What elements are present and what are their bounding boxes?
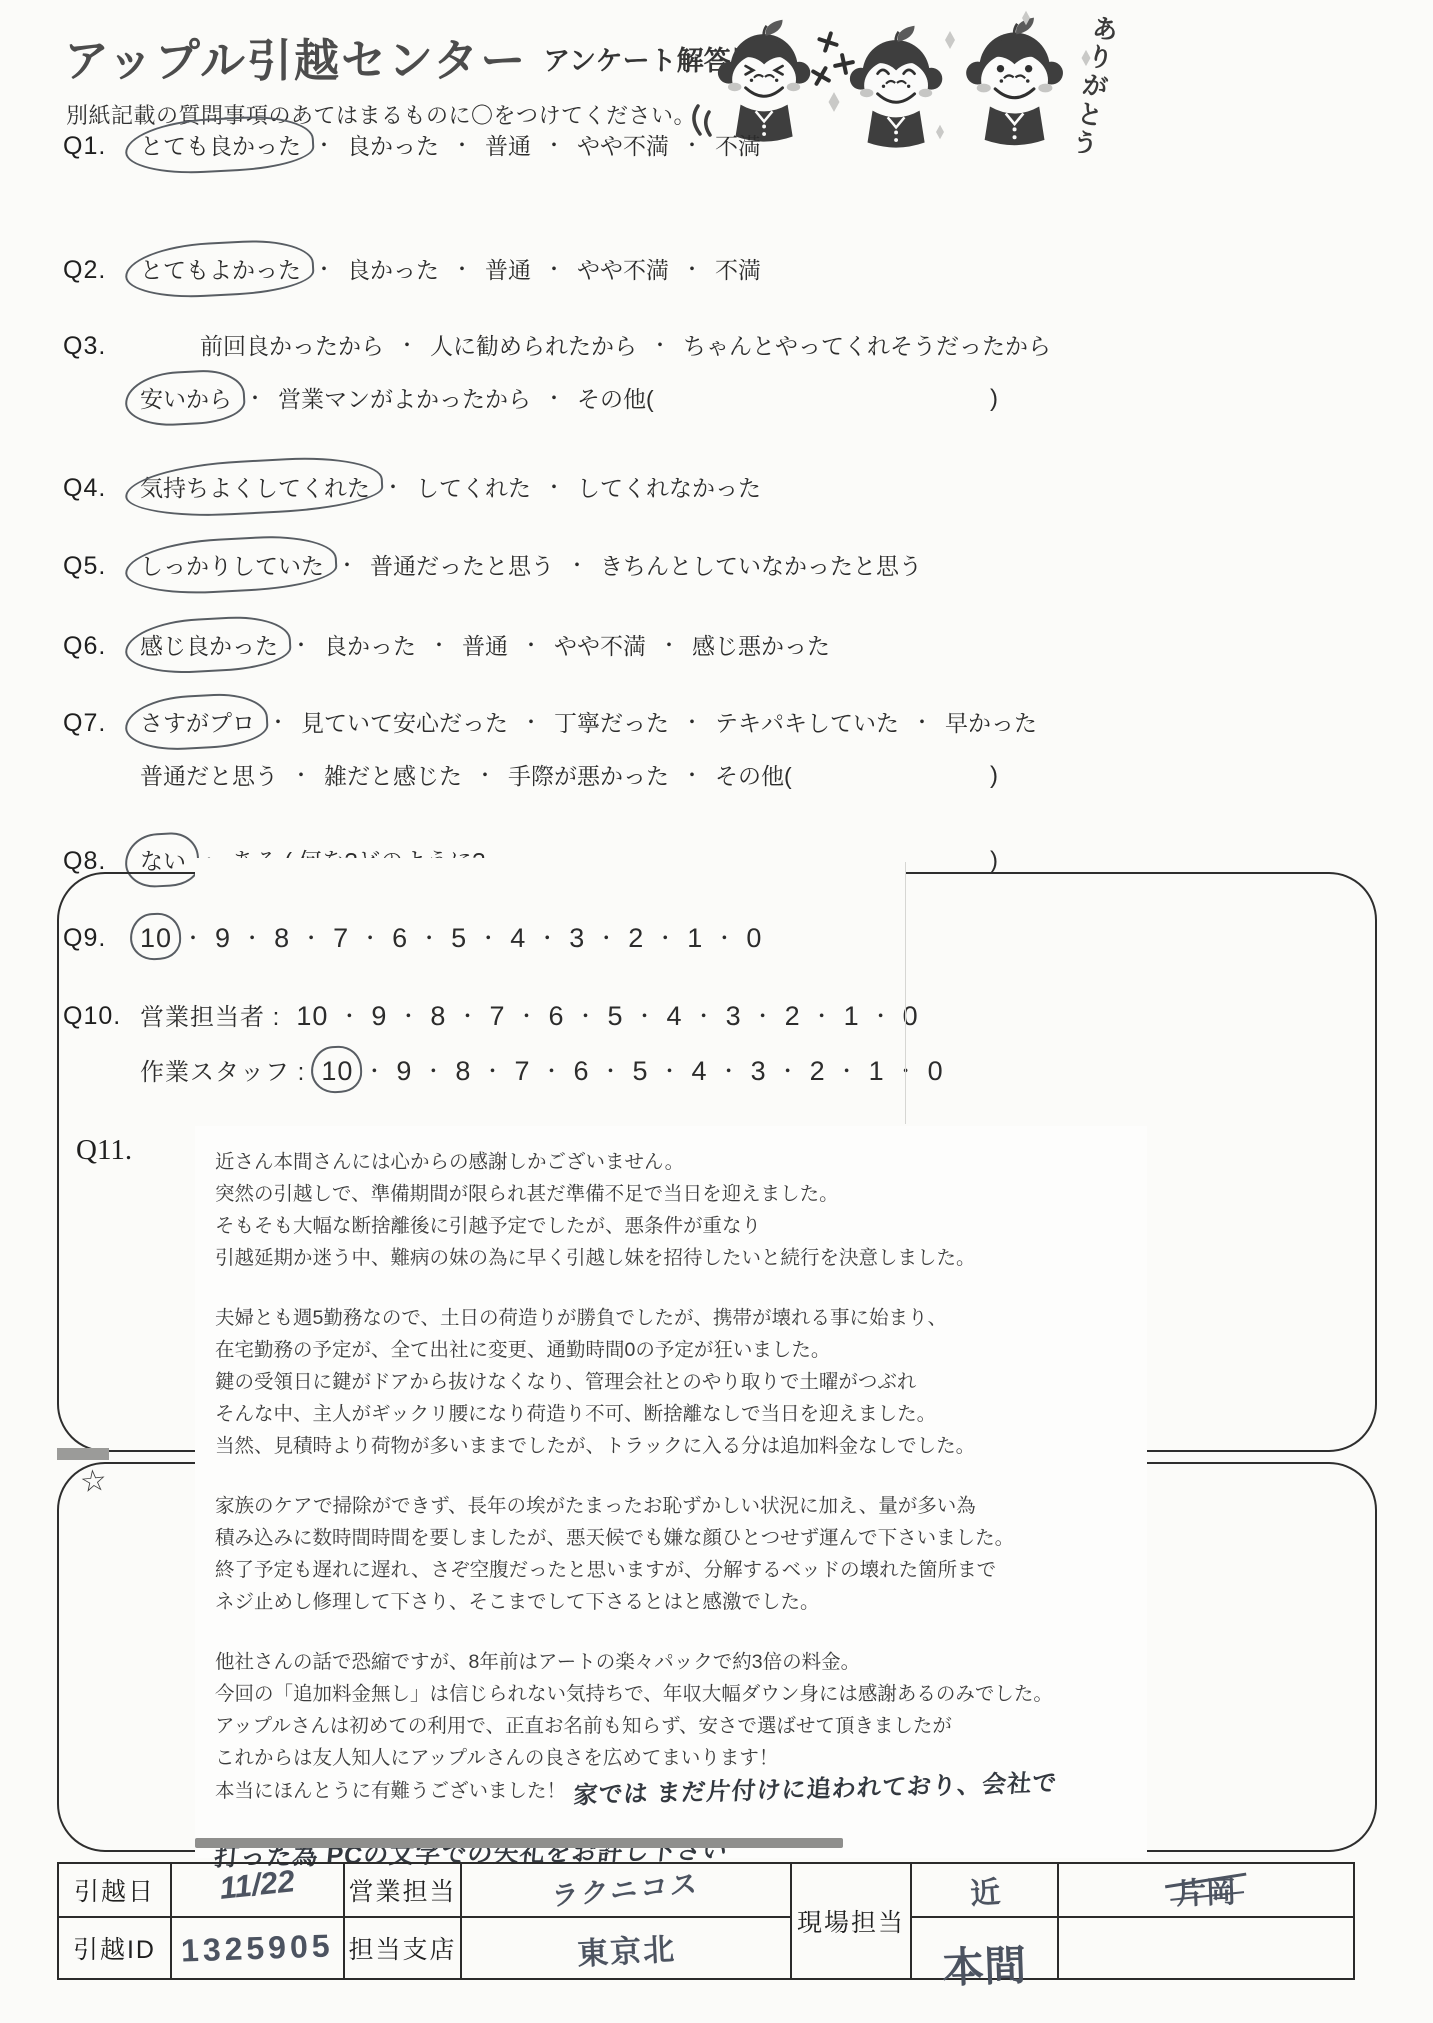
option-separator: ・ bbox=[314, 135, 334, 157]
empty-cell bbox=[1058, 1917, 1354, 1979]
closing-paren: ) bbox=[990, 381, 998, 417]
option: きちんとしていなかったと思う bbox=[600, 548, 922, 584]
option-separator: ・ bbox=[682, 712, 702, 734]
field-staff-3-value: 本間 bbox=[911, 1917, 1058, 1979]
option-separator: ・ bbox=[314, 259, 334, 281]
instruction-text: 別紙記載の質問事項のあてはまるものに〇をつけてください。 bbox=[66, 99, 696, 130]
closing-paren: ) bbox=[990, 758, 998, 794]
table-row: 引越ID1325905担当支店東京北本間 bbox=[58, 1917, 1354, 1979]
handwritten-entry: 片岡 bbox=[1175, 1867, 1236, 1913]
option: 前回良かったから bbox=[200, 328, 384, 364]
question-line: Q2.とてもよかった・良かった・普通・やや不満・不満 bbox=[63, 252, 1393, 288]
letter-line: アップルさんは初めての利用で、正直お名前も知らず、安さで選ばせて頂きましたが bbox=[215, 1710, 1145, 1742]
handwritten-entry: 近 bbox=[968, 1867, 1001, 1913]
question-label: Q4. bbox=[63, 470, 106, 506]
option-separator: ・ bbox=[544, 388, 564, 410]
option-separator: ・ bbox=[429, 635, 449, 657]
option: 普通だったと思う bbox=[370, 548, 554, 584]
option: 不満 bbox=[715, 128, 761, 164]
question-row: Q3.前回良かったから・人に勧められたから・ちゃんとやってくれそうだったから安い… bbox=[63, 328, 1393, 417]
option: 感じ悪かった bbox=[692, 628, 830, 664]
option: 普通 bbox=[485, 252, 531, 288]
page-title: アップル引越センター bbox=[64, 24, 527, 89]
question-label: Q5. bbox=[63, 548, 106, 584]
question-line: 普通だと思う・雑だと感じた・手際が悪かった・その他() bbox=[63, 758, 1393, 794]
handwritten-entry: 1325905 bbox=[181, 1927, 335, 1969]
option-circled: しっかりしていた bbox=[140, 548, 324, 584]
letter-line: そもそも大幅な断捨離後に引越予定でしたが、悪条件が重なり bbox=[215, 1210, 1145, 1242]
handwritten-entry: 本間 bbox=[941, 1933, 1027, 1996]
option: 不満 bbox=[715, 252, 761, 288]
sales-rep-label: 営業担当 bbox=[344, 1863, 461, 1917]
letter-line: 当然、見積時より荷物が多いままでしたが、トラックに入る分は追加料金なしでした。 bbox=[215, 1430, 1145, 1462]
letter-paragraph: 他社さんの話で恐縮ですが、8年前はアートの楽々パックで約3倍の料金。今回の「追加… bbox=[215, 1646, 1145, 1807]
letter-line: ネジ止めし修理して下さり、そこまでして下さるとはと感激でした。 bbox=[215, 1586, 1145, 1618]
option: 普通 bbox=[462, 628, 508, 664]
footer-info-table: 引越日11/22営業担当ラクニコス現場担当近片岡引越ID1325905担当支店東… bbox=[57, 1862, 1355, 1980]
field-staff-1-value: 近 bbox=[911, 1863, 1058, 1917]
letter-line: 今回の「追加料金無し」は信じられない気持ちで、年収大幅ダウン身には感謝あるのみで… bbox=[215, 1678, 1145, 1710]
option: その他( bbox=[577, 381, 654, 417]
option-separator: ・ bbox=[452, 135, 472, 157]
option-separator: ・ bbox=[567, 555, 587, 577]
letter-paragraph: 家族のケアで掃除ができず、長年の埃がたまったお恥ずかしい状況に加え、量が多い為積… bbox=[215, 1490, 1145, 1618]
option-circled: とてもよかった bbox=[140, 252, 301, 288]
option-separator: ・ bbox=[452, 259, 472, 281]
question-line: Q7.さすがプロ・見ていて安心だった・丁寧だった・テキパキしていた・早かった bbox=[63, 705, 1393, 741]
letter-line: 本当にほんとうに有難うございました！家では まだ片付けに追われており、会社で bbox=[215, 1774, 1145, 1807]
option: やや不満 bbox=[554, 628, 646, 664]
option-separator: ・ bbox=[682, 259, 702, 281]
option-separator: ・ bbox=[682, 135, 702, 157]
letter-line: 近さん本間さんには心からの感謝しかございません。 bbox=[215, 1146, 1145, 1178]
option: 普通 bbox=[485, 128, 531, 164]
option-separator: ・ bbox=[291, 635, 311, 657]
question-line: Q4.気持ちよくしてくれた・してくれた・してくれなかった bbox=[63, 470, 1393, 506]
question-label: Q3. bbox=[63, 328, 106, 364]
question-line: 安いから・営業マンがよかったから・その他() bbox=[63, 381, 1393, 417]
option-separator: ・ bbox=[521, 635, 541, 657]
handwritten-note: 家では まだ片付けに追われており、会社で bbox=[572, 1768, 1058, 1813]
option: してくれなかった bbox=[577, 470, 761, 506]
option-circled: とても良かった bbox=[140, 128, 301, 164]
option-separator: ・ bbox=[544, 259, 564, 281]
question-label: Q6. bbox=[63, 628, 106, 664]
option-circled: さすがプロ bbox=[140, 705, 255, 741]
option-separator: ・ bbox=[245, 388, 265, 410]
option-separator: ・ bbox=[521, 712, 541, 734]
option-separator: ・ bbox=[397, 335, 417, 357]
option-separator: ・ bbox=[475, 765, 495, 787]
move-date-label: 引越日 bbox=[58, 1863, 171, 1917]
letter-line: 突然の引越しで、準備期間が限られ甚だ準備不足で当日を迎えました。 bbox=[215, 1178, 1145, 1210]
footer-table-body: 引越日11/22営業担当ラクニコス現場担当近片岡引越ID1325905担当支店東… bbox=[58, 1863, 1354, 1979]
letter-line: 引越延期か迷う中、難病の妹の為に早く引越し妹を招待したいと続行を決意しました。 bbox=[215, 1242, 1145, 1274]
option-circled: 気持ちよくしてくれた bbox=[140, 470, 370, 506]
handwritten-entry: 11/22 bbox=[218, 1863, 297, 1907]
option: 早かった bbox=[945, 705, 1037, 741]
option: 普通だと思う bbox=[140, 758, 278, 794]
option: やや不満 bbox=[577, 252, 669, 288]
pasted-letter-text: 近さん本間さんには心からの感謝しかございません。突然の引越しで、準備期間が限られ… bbox=[215, 1146, 1145, 1867]
handwritten-entry: 東京北 bbox=[575, 1923, 676, 1973]
question-label: Q7. bbox=[63, 705, 106, 741]
letter-line: 夫婦とも週5勤務なので、土日の荷造りが勝負でしたが、携帯が壊れる事に始まり、 bbox=[215, 1302, 1145, 1334]
letter-line: 終了予定も遅れに遅れ、さぞ空腹だったと思いますが、分解するベッドの壊れた箇所まで bbox=[215, 1554, 1145, 1586]
option-separator: ・ bbox=[650, 335, 670, 357]
star-mark: ☆ bbox=[78, 1463, 108, 1501]
option-circled: 感じ良かった bbox=[140, 628, 278, 664]
option-separator: ・ bbox=[268, 712, 288, 734]
question-row: Q5.しっかりしていた・普通だったと思う・きちんとしていなかったと思う bbox=[63, 548, 1393, 584]
option: してくれた bbox=[416, 470, 531, 506]
question-label: Q1. bbox=[63, 128, 106, 164]
option-circled: 安いから bbox=[140, 381, 232, 417]
question-line: Q3.前回良かったから・人に勧められたから・ちゃんとやってくれそうだったから bbox=[63, 328, 1393, 364]
move-id-label: 引越ID bbox=[58, 1917, 171, 1979]
option: 良かった bbox=[347, 252, 439, 288]
option: 良かった bbox=[324, 628, 416, 664]
question-row: Q6.感じ良かった・良かった・普通・やや不満・感じ悪かった bbox=[63, 628, 1393, 664]
question-label: Q2. bbox=[63, 252, 106, 288]
option-separator: ・ bbox=[544, 135, 564, 157]
question-line: Q1.とても良かった・良かった・普通・やや不満・不満 bbox=[63, 128, 1393, 164]
question-row: Q4.気持ちよくしてくれた・してくれた・してくれなかった bbox=[63, 470, 1393, 506]
question-row: Q7.さすがプロ・見ていて安心だった・丁寧だった・テキパキしていた・早かった普通… bbox=[63, 705, 1393, 794]
letter-paragraph: 近さん本間さんには心からの感謝しかございません。突然の引越しで、準備期間が限られ… bbox=[215, 1146, 1145, 1274]
option: やや不満 bbox=[577, 128, 669, 164]
option: 雑だと感じた bbox=[324, 758, 462, 794]
handwritten-entry: ラクニコス bbox=[551, 1861, 702, 1913]
letter-paragraph: 夫婦とも週5勤務なので、土日の荷造りが勝負でしたが、携帯が壊れる事に始まり、在宅… bbox=[215, 1302, 1145, 1462]
option: テキパキしていた bbox=[715, 705, 899, 741]
pasted-sheet-edge-line bbox=[905, 862, 906, 1124]
letter-line: そんな中、主人がギックリ腰になり荷造り不可、断捨離なしで当日を迎えました。 bbox=[215, 1398, 1145, 1430]
branch-label: 担当支店 bbox=[344, 1917, 461, 1979]
option-separator: ・ bbox=[912, 712, 932, 734]
option-separator: ・ bbox=[291, 765, 311, 787]
field-staff-label: 現場担当 bbox=[791, 1863, 911, 1979]
move-id-value: 1325905 bbox=[171, 1917, 344, 1979]
scan-smudge-artifact bbox=[57, 1448, 109, 1460]
option-separator: ・ bbox=[337, 555, 357, 577]
option: 人に勧められたから bbox=[430, 328, 637, 364]
letter-line: 在宅勤務の予定が、全て出社に変更、通勤時間0の予定が狂いました。 bbox=[215, 1334, 1145, 1366]
option: 見ていて安心だった bbox=[301, 705, 508, 741]
letter-line: 積み込みに数時間時間を要しましたが、悪天候でも嫌な顔ひとつせず運んで下さいました… bbox=[215, 1522, 1145, 1554]
question-row: Q2.とてもよかった・良かった・普通・やや不満・不満 bbox=[63, 252, 1393, 288]
option: 手際が悪かった bbox=[508, 758, 669, 794]
move-date-value: 11/22 bbox=[171, 1863, 344, 1917]
table-row: 引越日11/22営業担当ラクニコス現場担当近片岡 bbox=[58, 1863, 1354, 1917]
letter-line: 鍵の受領日に鍵がドアから抜けなくなり、管理会社とのやり取りで土曜がつぶれ bbox=[215, 1366, 1145, 1398]
option-separator: ・ bbox=[659, 635, 679, 657]
question-line: Q6.感じ良かった・良かった・普通・やや不満・感じ悪かった bbox=[63, 628, 1393, 664]
question-line: Q5.しっかりしていた・普通だったと思う・きちんとしていなかったと思う bbox=[63, 548, 1393, 584]
option-separator: ・ bbox=[383, 477, 403, 499]
option: 良かった bbox=[347, 128, 439, 164]
option: ちゃんとやってくれそうだったから bbox=[683, 328, 1051, 364]
sales-rep-value: ラクニコス bbox=[461, 1863, 791, 1917]
q11-label: Q11. bbox=[76, 1134, 132, 1167]
letter-line: 他社さんの話で恐縮ですが、8年前はアートの楽々パックで約3倍の料金。 bbox=[215, 1646, 1145, 1678]
letter-line: 家族のケアで掃除ができず、長年の埃がたまったお恥ずかしい状況に加え、量が多い為 bbox=[215, 1490, 1145, 1522]
option: その他( bbox=[715, 758, 792, 794]
pasted-sheet-top-edge bbox=[195, 858, 905, 888]
question-row: Q1.とても良かった・良かった・普通・やや不満・不満 bbox=[63, 128, 1393, 164]
option: 丁寧だった bbox=[554, 705, 669, 741]
page-header: アップル引越センターアンケート解答用紙 bbox=[64, 24, 785, 89]
sheet-shadow-artifact bbox=[195, 1838, 843, 1848]
option-separator: ・ bbox=[544, 477, 564, 499]
option: 営業マンがよかったから bbox=[278, 381, 531, 417]
branch-value: 東京北 bbox=[461, 1917, 791, 1979]
option-separator: ・ bbox=[682, 765, 702, 787]
field-staff-2-value: 片岡 bbox=[1058, 1863, 1354, 1917]
